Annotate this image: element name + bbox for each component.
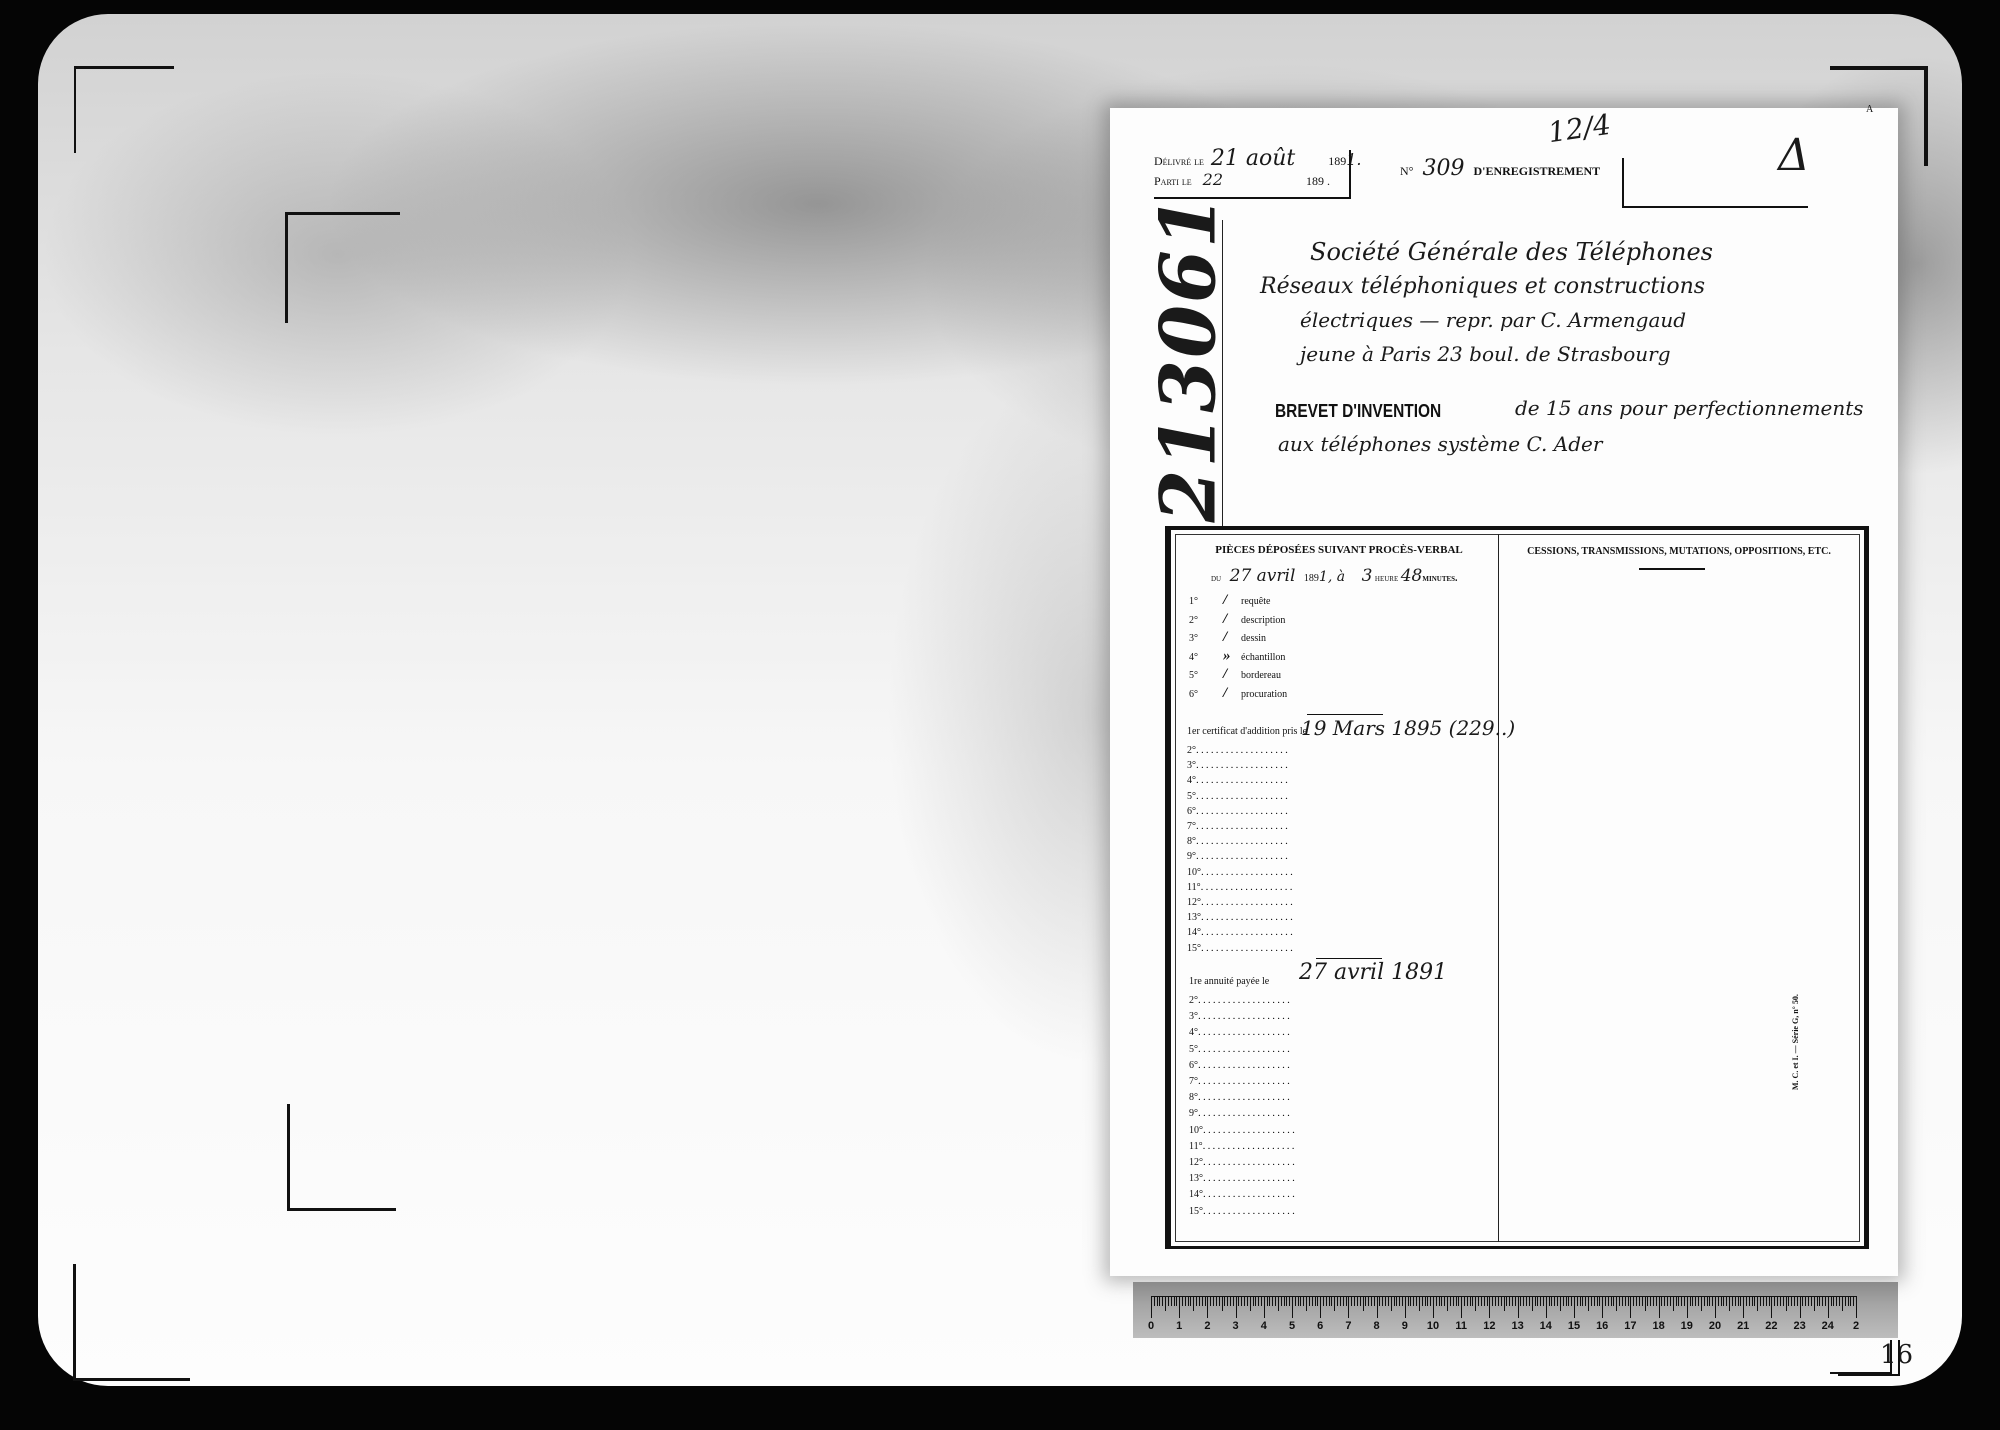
folio-number: 12/4: [1546, 108, 1613, 149]
ruler-tick: [1213, 1296, 1214, 1306]
piece-row: 3°/dessin: [1189, 629, 1266, 646]
ruler-tick: [1557, 1296, 1558, 1306]
applicant-line-2: Réseaux téléphoniques et constructions: [1260, 274, 1705, 299]
ruler-tick: [1825, 1296, 1826, 1306]
row-number: 7°: [1187, 821, 1196, 832]
ruler-label: 19: [1681, 1320, 1693, 1332]
row-number: 10°: [1189, 1125, 1203, 1136]
dotted-leader: ...................: [1198, 1043, 1292, 1055]
ruler-tick: [1800, 1296, 1801, 1318]
ruler-tick: [1348, 1296, 1349, 1318]
dotted-leader: ...................: [1203, 1172, 1297, 1184]
dotted-row: 8°...................: [1189, 1091, 1292, 1103]
ruler-tick: [1664, 1296, 1665, 1306]
dotted-row: 5°...................: [1187, 790, 1290, 802]
ruler-tick: [1312, 1296, 1313, 1306]
corner-small-mark: A: [1866, 104, 1873, 115]
ruler-tick: [1481, 1296, 1482, 1306]
ruler-tick: [1735, 1296, 1736, 1306]
dotted-leader: ...................: [1201, 942, 1295, 954]
piece-number: 6°: [1189, 689, 1223, 700]
ruler-tick: [1458, 1296, 1459, 1306]
ruler-tick: [1856, 1296, 1857, 1318]
dotted-leader: ...................: [1203, 1205, 1297, 1217]
pv-minutes-label: minutes.: [1422, 573, 1457, 584]
ruler-tick: [1224, 1296, 1225, 1306]
ruler-tick: [1498, 1296, 1499, 1306]
ruler-tick: [1667, 1296, 1668, 1306]
dotted-row: 2°...................: [1187, 744, 1290, 756]
ruler-tick: [1320, 1296, 1321, 1318]
ruler-tick: [1608, 1296, 1609, 1306]
ruler-tick: [1797, 1296, 1798, 1306]
dotted-row: 2°...................: [1189, 994, 1292, 1006]
ruler-tick: [1786, 1296, 1787, 1311]
ruler-tick: [1774, 1296, 1775, 1306]
piece-row: 4°»échantillon: [1189, 648, 1285, 665]
row-number: 13°: [1189, 1173, 1203, 1184]
ruler-tick: [1317, 1296, 1318, 1306]
ruler-tick: [1233, 1296, 1234, 1306]
dotted-leader: ...................: [1201, 911, 1295, 923]
ruler-tick: [1244, 1296, 1245, 1306]
ruler-tick: [1766, 1296, 1767, 1306]
ruler-tick: [1472, 1296, 1473, 1306]
ruler-tick: [1340, 1296, 1341, 1306]
dotted-leader: ...................: [1198, 1075, 1292, 1087]
dotted-row: 3°...................: [1189, 1010, 1292, 1022]
certificats-top-rule: [1307, 714, 1383, 715]
ruler-tick: [1532, 1296, 1533, 1311]
ruler-tick: [1470, 1296, 1471, 1306]
ruler-tick: [1396, 1296, 1397, 1306]
ruler-tick: [1289, 1296, 1290, 1306]
ruler-tick: [1543, 1296, 1544, 1306]
ruler-tick: [1171, 1296, 1172, 1306]
ruler-tick: [1554, 1296, 1555, 1306]
frame-number-box: [1838, 1340, 1900, 1376]
ruler-tick: [1746, 1296, 1747, 1306]
row-number: 3°: [1187, 760, 1196, 771]
ruler-tick: [1447, 1296, 1448, 1311]
ruler-tick: [1410, 1296, 1411, 1306]
ruler-tick: [1334, 1296, 1335, 1311]
piece-row: 1°/requête: [1189, 592, 1270, 609]
ruler-tick: [1329, 1296, 1330, 1306]
ruler-tick: [1489, 1296, 1490, 1318]
ruler-tick: [1630, 1296, 1631, 1318]
ruler-tick: [1450, 1296, 1451, 1306]
row-number: 11°: [1189, 1141, 1203, 1152]
ruler-tick: [1613, 1296, 1614, 1306]
ruler-tick: [1461, 1296, 1462, 1318]
ruler-tick: [1216, 1296, 1217, 1306]
ruler-tick: [1422, 1296, 1423, 1306]
dotted-row: 7°...................: [1187, 820, 1290, 832]
ruler-tick: [1777, 1296, 1778, 1306]
ruler-label: 20: [1709, 1320, 1721, 1332]
ruler-tick: [1853, 1296, 1854, 1306]
ruler-tick: [1749, 1296, 1750, 1306]
ruler-tick: [1754, 1296, 1755, 1306]
dotted-leader: ...................: [1203, 1124, 1297, 1136]
row-number: 12°: [1187, 897, 1201, 908]
ruler-tick: [1560, 1296, 1561, 1311]
ruler-tick: [1822, 1296, 1823, 1306]
dotted-leader: ...................: [1201, 896, 1295, 908]
row-number: 15°: [1187, 943, 1201, 954]
row-number: 10°: [1187, 867, 1201, 878]
ruler-tick: [1842, 1296, 1843, 1311]
ruler-tick: [1309, 1296, 1310, 1306]
pv-heure-label: heure: [1375, 573, 1398, 584]
ruler-tick: [1839, 1296, 1840, 1306]
dotted-row: 4°...................: [1187, 774, 1290, 786]
dotted-leader: ...................: [1198, 1107, 1292, 1119]
ruler-tick: [1162, 1296, 1163, 1306]
annuites-first-row: 1re annuité payée le: [1189, 976, 1269, 987]
ruler-tick: [1292, 1296, 1293, 1318]
row-number: 6°: [1189, 1060, 1198, 1071]
ruler-tick: [1495, 1296, 1496, 1306]
ruler-tick: [1659, 1296, 1660, 1318]
piece-mark: /: [1223, 629, 1241, 646]
ruler-tick: [1222, 1296, 1223, 1311]
ruler-tick: [1331, 1296, 1332, 1306]
dotted-leader: ...................: [1196, 774, 1290, 786]
patent-record-card: Délivré le 21 août 1891. Parti le 22 189…: [1110, 108, 1898, 1276]
ruler-tick: [1284, 1296, 1285, 1306]
corner-delta-mark: Δ: [1778, 130, 1810, 181]
ruler-tick: [1740, 1296, 1741, 1306]
annuites-top-rule: [1316, 958, 1382, 959]
ruler-tick: [1456, 1296, 1457, 1306]
ruler-tick: [1520, 1296, 1521, 1306]
ruler-tick: [1805, 1296, 1806, 1306]
ruler-tick: [1568, 1296, 1569, 1306]
ruler-tick: [1597, 1296, 1598, 1306]
piece-mark: /: [1223, 666, 1241, 683]
ruler-tick: [1732, 1296, 1733, 1306]
ruler-tick: [1585, 1296, 1586, 1306]
ruler-tick: [1196, 1296, 1197, 1306]
side-imprint: M. C. et I. — Série G, n° 50.: [1791, 994, 1800, 1090]
ruler-label: 10: [1427, 1320, 1439, 1332]
ruler-tick: [1509, 1296, 1510, 1306]
ruler-label: 0: [1148, 1320, 1154, 1332]
numero-value: 309: [1422, 156, 1464, 181]
ruler-tick: [1467, 1296, 1468, 1306]
ruler-tick: [1588, 1296, 1589, 1311]
ruler-tick: [1363, 1296, 1364, 1311]
ruler-tick: [1594, 1296, 1595, 1306]
ruler-tick: [1546, 1296, 1547, 1318]
ruler-tick: [1526, 1296, 1527, 1306]
ruler-baseline: [1151, 1296, 1856, 1297]
ruler-label: 13: [1511, 1320, 1523, 1332]
ruler-tick: [1176, 1296, 1177, 1306]
ruler-tick: [1707, 1296, 1708, 1306]
ruler-tick: [1684, 1296, 1685, 1306]
piece-mark: /: [1223, 611, 1241, 628]
pieces-title: PIÈCES DÉPOSÉES SUIVANT PROCÈS-VERBAL: [1189, 544, 1489, 556]
ruler-tick: [1174, 1296, 1175, 1306]
ruler-tick: [1346, 1296, 1347, 1306]
row-number: 14°: [1187, 927, 1201, 938]
ruler-tick: [1165, 1296, 1166, 1311]
ruler-tick: [1670, 1296, 1671, 1306]
ruler-tick: [1788, 1296, 1789, 1306]
ruler-tick: [1484, 1296, 1485, 1306]
ruler-tick: [1264, 1296, 1265, 1318]
row-number: 4°: [1189, 1027, 1198, 1038]
row-number: 8°: [1189, 1092, 1198, 1103]
ruler-tick: [1619, 1296, 1620, 1306]
ruler-tick: [1487, 1296, 1488, 1306]
piece-label: requête: [1241, 596, 1270, 607]
ruler-tick: [1709, 1296, 1710, 1306]
dotted-row: 8°...................: [1187, 835, 1290, 847]
ruler-tick: [1814, 1296, 1815, 1311]
ruler-tick: [1537, 1296, 1538, 1306]
ruler-tick: [1726, 1296, 1727, 1306]
dotted-leader: ...................: [1201, 866, 1295, 878]
ruler-tick: [1430, 1296, 1431, 1306]
piece-number: 1°: [1189, 596, 1223, 607]
ruler-label: 2: [1853, 1320, 1859, 1332]
ruler-label: 4: [1261, 1320, 1267, 1332]
ruler-tick: [1704, 1296, 1705, 1306]
ruler-tick: [1625, 1296, 1626, 1306]
ruler-tick: [1512, 1296, 1513, 1306]
ruler-tick: [1599, 1296, 1600, 1306]
ruler-tick: [1650, 1296, 1651, 1306]
ruler-tick: [1388, 1296, 1389, 1306]
ruler-tick: [1193, 1296, 1194, 1311]
ruler-tick: [1633, 1296, 1634, 1306]
ruler-tick: [1529, 1296, 1530, 1306]
certificats-first-date: 19 Mars 1895 (229..): [1301, 716, 1515, 740]
dotted-row: 6°...................: [1189, 1059, 1292, 1071]
ruler-tick: [1278, 1296, 1279, 1311]
piece-number: 4°: [1189, 652, 1223, 663]
ruler-tick: [1808, 1296, 1809, 1306]
dotted-row: 9°...................: [1189, 1107, 1292, 1119]
ruler-tick: [1712, 1296, 1713, 1306]
dotted-leader: ...................: [1196, 744, 1290, 756]
row-number: 2°: [1187, 745, 1196, 756]
ruler-tick: [1673, 1296, 1674, 1311]
certificats-first-row: 1er certificat d'addition pris le: [1187, 726, 1307, 737]
ruler-tick: [1391, 1296, 1392, 1311]
dotted-leader: ...................: [1198, 1026, 1292, 1038]
ruler-tick: [1653, 1296, 1654, 1306]
ruler-tick: [1656, 1296, 1657, 1306]
row-number: 5°: [1189, 1044, 1198, 1055]
ruler-tick: [1718, 1296, 1719, 1306]
ruler-tick: [1323, 1296, 1324, 1306]
ruler-tick: [1616, 1296, 1617, 1311]
form-column-divider: [1498, 534, 1499, 1242]
ruler-tick: [1230, 1296, 1231, 1306]
ruler-tick: [1205, 1296, 1206, 1306]
ruler-tick: [1377, 1296, 1378, 1318]
ruler-tick: [1681, 1296, 1682, 1306]
row-number: 9°: [1187, 851, 1196, 862]
ruler-tick: [1506, 1296, 1507, 1306]
ruler-tick: [1769, 1296, 1770, 1306]
ruler-label: 17: [1624, 1320, 1636, 1332]
ruler-tick: [1236, 1296, 1237, 1318]
ruler-tick: [1642, 1296, 1643, 1306]
ruler-label: 24: [1822, 1320, 1834, 1332]
ruler-label: 6: [1317, 1320, 1323, 1332]
ruler-tick: [1315, 1296, 1316, 1306]
row-number: 8°: [1187, 836, 1196, 847]
piece-label: bordereau: [1241, 670, 1281, 681]
ruler-tick: [1354, 1296, 1355, 1306]
ruler-tick: [1357, 1296, 1358, 1306]
ruler-tick: [1831, 1296, 1832, 1306]
brevet-line-1: de 15 ans pour perfectionnements: [1515, 396, 1864, 420]
ruler-tick: [1275, 1296, 1276, 1306]
ruler-tick: [1622, 1296, 1623, 1306]
ruler-tick: [1802, 1296, 1803, 1306]
row-number: 2°: [1189, 995, 1198, 1006]
piece-label: description: [1241, 615, 1285, 626]
ruler-tick: [1168, 1296, 1169, 1306]
ruler-tick: [1574, 1296, 1575, 1318]
dotted-leader: ...................: [1198, 1059, 1292, 1071]
piece-row: 2°/description: [1189, 611, 1285, 628]
applicant-line-1: Société Générale des Téléphones: [1310, 238, 1713, 266]
ruler-label: 3: [1233, 1320, 1239, 1332]
ruler-tick: [1836, 1296, 1837, 1306]
ruler-tick: [1394, 1296, 1395, 1306]
ruler-tick: [1636, 1296, 1637, 1306]
ruler-tick: [1611, 1296, 1612, 1306]
ruler-tick: [1159, 1296, 1160, 1306]
row-number: 4°: [1187, 775, 1196, 786]
ruler-tick: [1444, 1296, 1445, 1306]
dotted-row: 6°...................: [1187, 805, 1290, 817]
ruler-tick: [1416, 1296, 1417, 1306]
dotted-row: 15°...................: [1187, 942, 1295, 954]
ruler-tick: [1379, 1296, 1380, 1306]
ruler-label: 12: [1483, 1320, 1495, 1332]
ruler-tick: [1833, 1296, 1834, 1306]
ruler-tick: [1757, 1296, 1758, 1311]
ruler-tick: [1760, 1296, 1761, 1306]
ruler-tick: [1763, 1296, 1764, 1306]
dotted-row: 14°...................: [1189, 1188, 1297, 1200]
patent-number: 213061: [1144, 223, 1233, 523]
ruler-tick: [1523, 1296, 1524, 1306]
ruler-label: 1: [1176, 1320, 1182, 1332]
ruler-tick: [1738, 1296, 1739, 1306]
brevet-label: BREVET D'INVENTION: [1275, 401, 1441, 422]
dotted-leader: ...................: [1198, 1010, 1292, 1022]
row-number: 15°: [1189, 1206, 1203, 1217]
ruler-tick: [1478, 1296, 1479, 1306]
ruler-tick: [1306, 1296, 1307, 1311]
ruler-tick: [1238, 1296, 1239, 1306]
ruler-tick: [1602, 1296, 1603, 1318]
dotted-leader: ...................: [1196, 790, 1290, 802]
ruler-tick: [1154, 1296, 1155, 1306]
ruler-tick: [1752, 1296, 1753, 1306]
ruler-tick: [1676, 1296, 1677, 1306]
ruler-tick: [1360, 1296, 1361, 1306]
ruler-tick: [1811, 1296, 1812, 1306]
ruler-tick: [1188, 1296, 1189, 1306]
ruler-tick: [1261, 1296, 1262, 1306]
ruler-tick: [1848, 1296, 1849, 1306]
ruler-tick: [1828, 1296, 1829, 1318]
ruler-tick: [1639, 1296, 1640, 1306]
ruler-label: 21: [1737, 1320, 1749, 1332]
ruler-tick: [1690, 1296, 1691, 1306]
ruler-tick: [1571, 1296, 1572, 1306]
dotted-row: 15°...................: [1189, 1205, 1297, 1217]
ruler-tick: [1771, 1296, 1772, 1318]
ruler-tick: [1566, 1296, 1567, 1306]
ruler-tick: [1351, 1296, 1352, 1306]
pv-year: 189: [1304, 573, 1319, 584]
ruler-tick: [1819, 1296, 1820, 1306]
ruler-tick: [1227, 1296, 1228, 1306]
pv-hour: 3: [1362, 566, 1373, 586]
ruler-tick: [1518, 1296, 1519, 1318]
row-number: 12°: [1189, 1157, 1203, 1168]
ruler-tick: [1247, 1296, 1248, 1306]
ruler-tick: [1303, 1296, 1304, 1306]
ruler-tick: [1253, 1296, 1254, 1306]
row-number: 3°: [1189, 1011, 1198, 1022]
ruler-tick: [1661, 1296, 1662, 1306]
ruler-tick: [1591, 1296, 1592, 1306]
annuites-first-date: 27 avril 1891: [1299, 960, 1447, 985]
cessions-title: CESSIONS, TRANSMISSIONS, MUTATIONS, OPPO…: [1509, 546, 1849, 557]
header-date-box-rule: [1154, 150, 1351, 199]
ruler-tick: [1202, 1296, 1203, 1306]
ruler-tick: [1695, 1296, 1696, 1306]
ruler-tick: [1605, 1296, 1606, 1306]
piece-label: échantillon: [1241, 652, 1285, 663]
dotted-row: 4°...................: [1189, 1026, 1292, 1038]
row-number: 9°: [1189, 1108, 1198, 1119]
ruler-tick: [1343, 1296, 1344, 1306]
measurement-ruler: 0123456789101112131415161718192021222324…: [1133, 1282, 1898, 1338]
ruler-tick: [1286, 1296, 1287, 1306]
ruler-label: 5: [1289, 1320, 1295, 1332]
piece-row: 6°/procuration: [1189, 685, 1287, 702]
ruler-tick: [1453, 1296, 1454, 1306]
dotted-row: 12°...................: [1189, 1156, 1297, 1168]
ruler-tick: [1272, 1296, 1273, 1306]
ruler-tick: [1399, 1296, 1400, 1306]
pv-minutes: 48: [1401, 566, 1423, 586]
ruler-tick: [1549, 1296, 1550, 1306]
ruler-tick: [1402, 1296, 1403, 1306]
ruler-tick: [1441, 1296, 1442, 1306]
ruler-tick: [1419, 1296, 1420, 1311]
ruler-tick: [1371, 1296, 1372, 1306]
row-number: 5°: [1187, 791, 1196, 802]
ruler-tick: [1845, 1296, 1846, 1306]
dotted-leader: ...................: [1201, 881, 1295, 893]
ruler-tick: [1405, 1296, 1406, 1318]
